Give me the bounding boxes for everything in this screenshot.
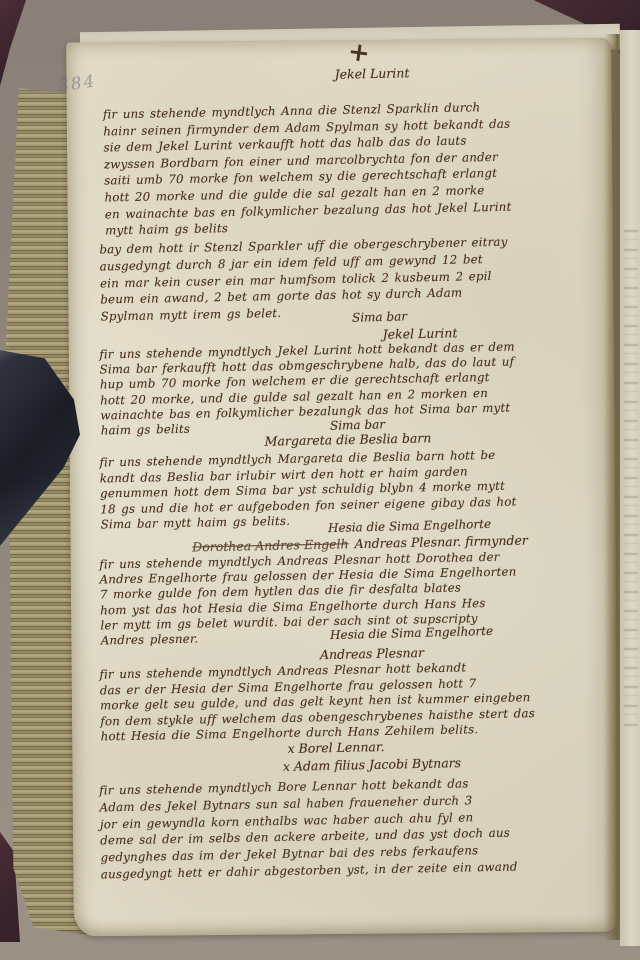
entry-heading: Jekel Lurint [334, 65, 409, 82]
entry-heading: Andreas Plesnar [320, 645, 424, 662]
entry-paragraph: fir uns stehende myndtlych Andreas Plesn… [99, 659, 564, 745]
entry-heading: Jekel Lurint [382, 325, 457, 342]
entry-paragraph: bay dem hott ir Stenzl Sparkler uff die … [99, 233, 565, 326]
entry-paragraph: fir uns stehende myndtlych Bore Lennar h… [99, 774, 565, 884]
entry-paragraph: fir uns stehende myndtlych Margareta die… [99, 447, 564, 533]
entry-paragraph: fir uns stehende myndtlych Anna die Sten… [103, 98, 569, 240]
manuscript-photo: 384 + Jekel Lurint fir uns stehende mynd… [0, 0, 640, 960]
cross-mark: + [346, 37, 372, 70]
entry-side-label: Sima bar [352, 309, 407, 324]
entry-heading: x Borel Lennar. [287, 739, 384, 756]
facing-page-text-marks [624, 230, 638, 730]
background-cloth-top-left [0, 0, 26, 86]
